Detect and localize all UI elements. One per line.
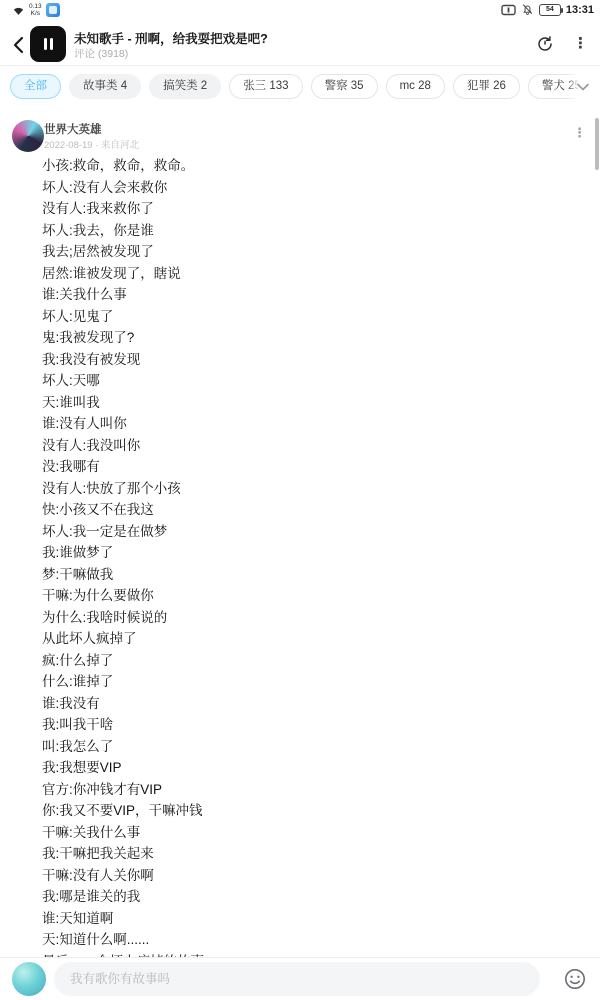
now-playing-pause-button[interactable] xyxy=(30,26,66,62)
comment-count: 评论 (3918) xyxy=(74,46,128,61)
comment-line: 梦:干嘛做我 xyxy=(42,564,572,586)
status-bar: 0.13 K/s 54 13:31 xyxy=(0,0,600,22)
commenter-username[interactable]: 世界大英雄 xyxy=(44,121,102,137)
filter-chip-2[interactable]: 搞笑类 2 xyxy=(149,74,221,99)
filter-chip-0[interactable]: 全部 xyxy=(10,74,61,99)
comment-line: 我:叫我干啥 xyxy=(42,714,572,736)
comment-line: 坏人:没有人会来救你 xyxy=(42,177,572,199)
mute-bell-icon xyxy=(521,3,534,16)
comment-line: 小孩:救命，救命，救命。 xyxy=(42,155,572,177)
filter-chip-3[interactable]: 张三 133 xyxy=(229,74,302,99)
comment-line: 快:小孩又不在我这 xyxy=(42,499,572,521)
filter-chip-6[interactable]: 犯罪 26 xyxy=(453,74,520,99)
more-options-icon[interactable]: ⋮ xyxy=(573,36,588,51)
comment-line: 我:干嘛把我关起来 xyxy=(42,843,572,865)
network-speed: 0.13 K/s xyxy=(29,3,42,17)
filter-chip-4[interactable]: 警察 35 xyxy=(311,74,378,99)
comment-line: 天:谁叫我 xyxy=(42,392,572,414)
comment-line: 坏人:天哪 xyxy=(42,370,572,392)
wifi-icon xyxy=(12,4,25,17)
comment-line: 坏人:我去，你是谁 xyxy=(42,220,572,242)
battery-icon: 54 xyxy=(539,4,561,16)
comment-line: 居然:谁被发现了，瞎说 xyxy=(42,263,572,285)
comment-line: 叫:我怎么了 xyxy=(42,736,572,758)
comment-line: 没有人:快放了那个小孩 xyxy=(42,478,572,500)
comment-line: 没有人:我来救你了 xyxy=(42,198,572,220)
comment-more-icon[interactable]: ⋮ xyxy=(573,126,586,139)
comment-line: 干嘛:关我什么事 xyxy=(42,822,572,844)
comments-screen: 0.13 K/s 54 13:31 未知歌手 - 刑啊，给我耍把戏是吧? 评论 … xyxy=(0,0,600,1000)
comment-line: 我:谁做梦了 xyxy=(42,542,572,564)
comment-line: 你:我又不要VIP，干嘛冲钱 xyxy=(42,800,572,822)
comment-line: 天:知道什么啊...... xyxy=(42,929,572,951)
comment-line: 干嘛:没有人关你啊 xyxy=(42,865,572,887)
app-notification-icon xyxy=(46,3,60,17)
comment-date-location: 2022-08-19 · 来自河北 xyxy=(44,137,139,151)
filter-chip-row: 全部故事类 4搞笑类 2张三 133警察 35mc 28犯罪 26警犬 25宇宙… xyxy=(0,72,600,102)
comment-line: 坏人:我一定是在做梦 xyxy=(42,521,572,543)
comment-line: 我去;居然被发现了 xyxy=(42,241,572,263)
comment-line: 为什么:我啥时候说的 xyxy=(42,607,572,629)
comment-line: 干嘛:为什么要做你 xyxy=(42,585,572,607)
filter-chip-1[interactable]: 故事类 4 xyxy=(69,74,141,99)
comment-line: 谁:天知道啊 xyxy=(42,908,572,930)
filter-chip-5[interactable]: mc 28 xyxy=(386,74,445,99)
comment-body: 小孩:救命，救命，救命。坏人:没有人会来救你没有人:我来救你了坏人:我去，你是谁… xyxy=(42,155,572,972)
comment-composer-bar xyxy=(0,957,600,1000)
refresh-icon[interactable] xyxy=(536,35,554,53)
sim-icon xyxy=(501,4,516,16)
emoji-icon[interactable] xyxy=(563,967,587,991)
comment-line: 鬼:我被发现了? xyxy=(42,327,572,349)
comment-line: 谁:我没有 xyxy=(42,693,572,715)
comment-line: 谁:关我什么事 xyxy=(42,284,572,306)
clock-time: 13:31 xyxy=(566,4,594,16)
commenter-avatar[interactable] xyxy=(12,120,44,152)
my-avatar[interactable] xyxy=(12,962,46,996)
song-title: 未知歌手 - 刑啊，给我耍把戏是吧? xyxy=(74,29,268,47)
comment-line: 我:我想要VIP xyxy=(42,757,572,779)
expand-chips-button[interactable] xyxy=(566,72,600,102)
comments-header: 未知歌手 - 刑啊，给我耍把戏是吧? 评论 (3918) ⋮ xyxy=(0,22,600,66)
comment-line: 官方:你冲钱才有VIP xyxy=(42,779,572,801)
comment-line: 疯:什么掉了 xyxy=(42,650,572,672)
comment-line: 谁:没有人叫你 xyxy=(42,413,572,435)
comment-line: 没:我哪有 xyxy=(42,456,572,478)
comment-line: 什么:谁掉了 xyxy=(42,671,572,693)
comment-line: 从此坏人疯掉了 xyxy=(42,628,572,650)
comment-line: 没有人:我没叫你 xyxy=(42,435,572,457)
back-button[interactable] xyxy=(8,34,30,56)
comment-line: 我:哪是谁关的我 xyxy=(42,886,572,908)
comment-line: 我:我没有被发现 xyxy=(42,349,572,371)
scrollbar-thumb[interactable] xyxy=(595,118,599,170)
comment-input[interactable] xyxy=(54,962,540,996)
comment-line: 坏人:见鬼了 xyxy=(42,306,572,328)
